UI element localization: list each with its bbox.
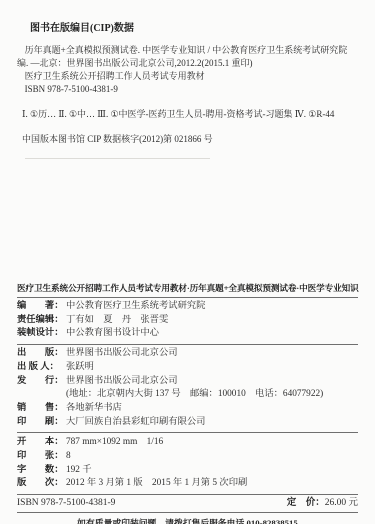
credit-row: 责任编辑：丁有如 夏 丹 张晋雯	[17, 314, 358, 328]
cip-description: 历年真题+全真模拟预测试卷. 中医学专业知识 / 中公教育医疗卫生系统考试研究院…	[17, 44, 358, 70]
field-value: 世界图书出版公司北京公司	[66, 376, 178, 386]
field-label: 出 版 人：	[17, 361, 66, 375]
field-value: 大厂回族自治县彩虹印刷有限公司	[66, 417, 205, 427]
cip-isbn: ISBN 978-7-5100-4381-9	[17, 83, 358, 96]
field-label: 装帧设计：	[17, 327, 66, 341]
printing-row: 版 次：2012 年 3 月第 1 版 2015 年 1 月第 5 次印刷	[17, 477, 358, 491]
credit-row: 装帧设计：中公教育图书设计中心	[17, 327, 358, 341]
printing-row: 印 张：8	[17, 450, 358, 464]
field-value: 787 mm×1092 mm 1/16	[66, 437, 163, 447]
isbn-number: ISBN 978-7-5100-4381-9	[17, 497, 115, 510]
publisher-address-row: (地址：北京朝内大街 137 号 邮编：100010 电话：64077922)	[17, 388, 358, 402]
publishing-row: 出 版：世界图书出版公司北京公司	[17, 347, 358, 361]
publishing-row: 出 版 人：张跃明	[17, 361, 358, 375]
colophon-page: 图书在版编目(CIP)数据 历年真题+全真模拟预测试卷. 中医学专业知识 / 中…	[0, 23, 375, 524]
field-label: 发 行：	[17, 375, 66, 389]
publishing-row: 销 售：各地新华书店	[17, 402, 358, 416]
credits-block: 编 著：中公教育医疗卫生系统考试研究院 责任编辑：丁有如 夏 丹 张晋雯 装帧设…	[17, 300, 358, 341]
publishing-block: 出 版：世界图书出版公司北京公司 出 版 人：张跃明 发 行：世界图书出版公司北…	[17, 347, 358, 429]
publishing-row: 发 行：世界图书出版公司北京公司	[17, 375, 358, 389]
field-value: 192 千	[66, 465, 92, 475]
divider	[17, 432, 358, 433]
book-title: 医疗卫生系统公开招聘工作人员考试专用教材·历年真题+全真模拟预测试卷·中医学专业…	[17, 283, 358, 294]
price-label: 定 价：	[287, 498, 325, 508]
field-label: 字 数：	[17, 464, 66, 478]
divider	[17, 494, 358, 495]
after-sales-service-note: 如有质量或印装问题，请拨打售后服务电话 010-82838515	[17, 518, 358, 524]
cip-classification: Ⅰ. ①历… Ⅱ. ①中… Ⅲ. ①中医学-医药卫生人员-聘用-资格考试-习题集…	[17, 108, 358, 121]
cip-series-note: 医疗卫生系统公开招聘工作人员考试专用教材	[17, 70, 358, 83]
field-value: 8	[66, 451, 71, 461]
divider	[17, 297, 358, 298]
field-value: 中公教育医疗卫生系统考试研究院	[66, 301, 205, 311]
field-label: 责任编辑：	[17, 314, 66, 328]
blank-space	[17, 159, 358, 283]
field-label: 编 著：	[17, 300, 66, 314]
field-value: 世界图书出版公司北京公司	[66, 348, 178, 358]
field-label: 版 次：	[17, 477, 66, 491]
field-value: 张跃明	[66, 362, 94, 372]
field-label: 印 张：	[17, 450, 66, 464]
price-value: 26.00 元	[325, 498, 358, 508]
credit-row: 编 著：中公教育医疗卫生系统考试研究院	[17, 300, 358, 314]
field-value: 丁有如 夏 丹 张晋雯	[66, 315, 168, 325]
divider	[17, 344, 358, 345]
field-value: 中公教育图书设计中心	[66, 328, 159, 338]
cip-title: 图书在版编目(CIP)数据	[17, 23, 358, 35]
cip-record-number: 中国版本图书馆 CIP 数据核字(2012)第 021866 号	[17, 133, 358, 146]
field-value: 2012 年 3 月第 1 版 2015 年 1 月第 5 次印刷	[66, 478, 247, 488]
field-value: (地址：北京朝内大街 137 号 邮编：100010 电话：64077922)	[66, 389, 323, 399]
printing-block: 开 本：787 mm×1092 mm 1/16 印 张：8 字 数：192 千 …	[17, 436, 358, 491]
printing-row: 字 数：192 千	[17, 464, 358, 478]
isbn-price-row: ISBN 978-7-5100-4381-9 定 价：26.00 元	[17, 497, 358, 510]
publishing-row: 印 刷：大厂回族自治县彩虹印刷有限公司	[17, 416, 358, 430]
field-label: 开 本：	[17, 436, 66, 450]
field-value: 各地新华书店	[66, 403, 122, 413]
printing-row: 开 本：787 mm×1092 mm 1/16	[17, 436, 358, 450]
price: 定 价：26.00 元	[287, 497, 358, 510]
field-label: 销 售：	[17, 402, 66, 416]
field-label: 出 版：	[17, 347, 66, 361]
divider	[17, 512, 358, 513]
field-label: 印 刷：	[17, 416, 66, 430]
